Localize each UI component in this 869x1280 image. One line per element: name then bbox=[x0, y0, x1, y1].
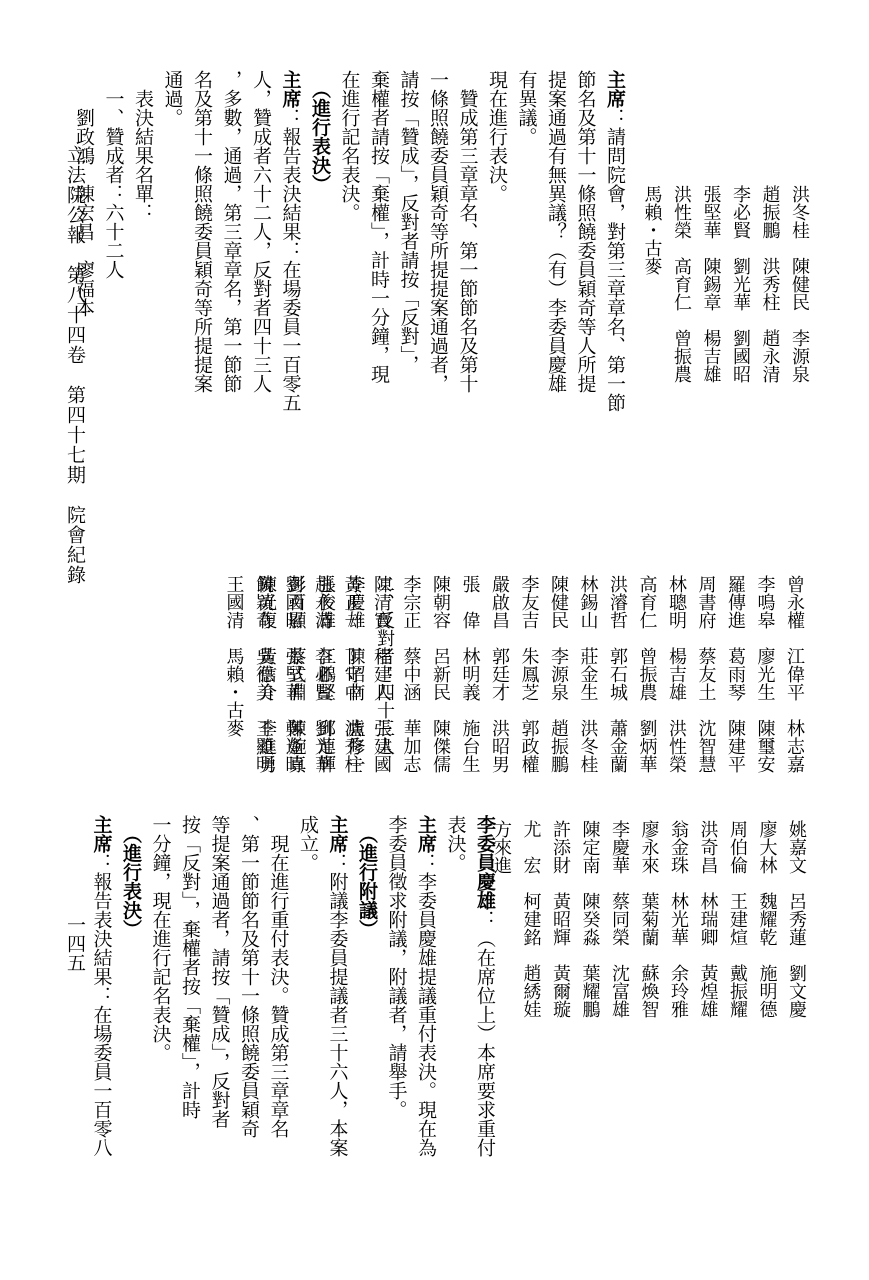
member-name: 高育仁 bbox=[667, 257, 697, 311]
name-row: 嚴啟昌郭廷才洪昭男 bbox=[485, 575, 515, 805]
name-row: 高育仁曾振農劉炳華 bbox=[632, 575, 662, 805]
line-rest: ：報告表決結果：在場委員一百零八 bbox=[91, 853, 113, 1157]
member-name: 蕭金蘭 bbox=[603, 719, 633, 773]
name-row: 李宗正蔡中涵華加志 bbox=[396, 575, 426, 805]
name-row: 李友吉朱鳳芝郭政權 bbox=[514, 575, 544, 805]
text-line: 李委員慶雄：（在席位上）本席要求重付 bbox=[470, 815, 500, 1195]
member-name: 林光華 bbox=[664, 892, 694, 946]
name-row: 陳健民李源泉趙振鵬 bbox=[544, 575, 574, 805]
member-name: 黃煌雄 bbox=[693, 964, 723, 1018]
name-row: 林聰明楊吉雄洪性榮 bbox=[662, 575, 692, 805]
member-name: 余玲雅 bbox=[664, 964, 694, 1018]
member-name: 蔡式淵 bbox=[281, 647, 311, 701]
name-row: 周書府蔡友土沈智慧 bbox=[691, 575, 721, 805]
name-row: 李慶雄陳昭南盧修一 bbox=[340, 575, 370, 805]
member-name: 林聰明 bbox=[662, 575, 692, 629]
member-name: 李宗正 bbox=[396, 575, 426, 629]
text-line: 現在進行重付表決。贊成第三章章名 bbox=[263, 815, 293, 1195]
member-name: 彭百顯 bbox=[281, 575, 311, 629]
member-name: 江鵬堅 bbox=[311, 647, 341, 701]
member-name: 楊吉雄 bbox=[662, 647, 692, 701]
text-line: 贊成第三章章名、第一節節名及第十 bbox=[452, 70, 482, 590]
member-name: 劉光華 bbox=[726, 257, 756, 311]
member-name: 洪昭男 bbox=[485, 719, 515, 773]
against-heading: 二、反對者：四十三人 bbox=[370, 575, 400, 805]
member-name: 王國清 bbox=[219, 575, 249, 629]
name-row: 翁金珠林光華余玲雅 bbox=[664, 820, 694, 1040]
member-name: 蔡中涵 bbox=[396, 647, 426, 701]
text-line: 在進行記名表決。 bbox=[334, 70, 364, 590]
member-name: 李鳴皋 bbox=[750, 575, 780, 629]
member-name: 郭廷才 bbox=[485, 647, 515, 701]
name-row: 李必賢劉光華劉國昭 bbox=[726, 185, 756, 385]
member-name: 陳昭南 bbox=[340, 647, 370, 701]
member-name: 周伯倫 bbox=[723, 820, 753, 874]
member-name: 趙振鵬 bbox=[544, 719, 574, 773]
member-name: 廖大林 bbox=[752, 820, 782, 874]
issue: 第四十七期 bbox=[64, 385, 86, 485]
publication-name: 立法院公報 bbox=[64, 145, 86, 245]
text-line: 主席：李委員慶雄提議重付表決。現在為 bbox=[411, 815, 441, 1195]
member-name: 蔡同榮 bbox=[605, 892, 635, 946]
member-name: 廖光生 bbox=[750, 647, 780, 701]
member-name: 黃昭輝 bbox=[546, 892, 576, 946]
line-rest: ：（在席位上）本席要求重付 bbox=[474, 910, 496, 1157]
member-name: 劉文慶 bbox=[782, 964, 812, 1018]
text-line: 成立。 bbox=[293, 815, 323, 1195]
member-name: 林明義 bbox=[455, 647, 485, 701]
text-line: （進行表決） bbox=[116, 815, 146, 1195]
name-row: 張俊雄江鵬堅邱連輝 bbox=[311, 575, 341, 805]
member-name: 葉耀鵬 bbox=[575, 964, 605, 1018]
text-line: 一、贊成者：六十二人 bbox=[98, 70, 128, 590]
name-row: 尤 宏柯建銘趙綉娃 bbox=[516, 820, 546, 1040]
line-rest: ：報告表決結果：在場委員一百零五 bbox=[280, 108, 302, 412]
member-name: 朱鳳芝 bbox=[514, 647, 544, 701]
name-row: 廖永來葉菊蘭蘇煥智 bbox=[634, 820, 664, 1040]
name-row: 王國清馬賴・古麥 bbox=[219, 575, 249, 805]
name-row: 張堅華陳錫章楊吉雄 bbox=[696, 185, 726, 385]
member-name: 翁金珠 bbox=[664, 820, 694, 874]
running-footer: 立法院公報 第八十四卷 第四十七期 院會紀錄 bbox=[62, 145, 89, 585]
text-line: 主席：報告表決結果：在場委員一百零五 bbox=[275, 70, 305, 590]
speaker-label: 主席 bbox=[604, 70, 626, 108]
member-name: 洪奇昌 bbox=[693, 820, 723, 874]
member-name: 王建煊 bbox=[723, 892, 753, 946]
speaker-label: 李委員慶雄 bbox=[474, 815, 496, 910]
member-name: 洪性榮 bbox=[662, 719, 692, 773]
line-rest: ：請問院會，對第三章章名、第一節 bbox=[604, 108, 626, 412]
text-line: 請按「贊成」，反對者請按「反對」， bbox=[393, 70, 423, 590]
member-name: 劉國昭 bbox=[726, 329, 756, 383]
member-name: 戴振耀 bbox=[723, 964, 753, 1018]
name-row: 李慶華蔡同榮沈富雄 bbox=[605, 820, 635, 1040]
member-name: 李友吉 bbox=[514, 575, 544, 629]
member-name: 陳婉真 bbox=[281, 719, 311, 773]
member-name: 曾振農 bbox=[667, 329, 697, 383]
member-name: 尤 宏 bbox=[516, 820, 546, 874]
against-block: 二、反對者：四十三人李慶雄陳昭南盧修一張俊雄江鵬堅邱連輝彭百顯蔡式淵陳婉真陳光復… bbox=[252, 575, 400, 805]
member-name: 郭石城 bbox=[603, 647, 633, 701]
text-line: 按「反對」，棄權者按「棄權」，計時 bbox=[175, 815, 205, 1195]
name-row: 陳光復黃信介李進勇 bbox=[252, 575, 282, 805]
text-line: 等提案通過者，請按「贊成」，反對者 bbox=[204, 815, 234, 1195]
member-name: 黃爾璇 bbox=[546, 964, 576, 1018]
line-rest: ：附議李委員提議者三十六人，本案 bbox=[327, 853, 349, 1157]
name-row: 洪性榮高育仁曾振農 bbox=[667, 185, 697, 385]
page-number: 一四五 bbox=[62, 915, 89, 972]
name-row: 洪濬哲郭石城蕭金蘭 bbox=[603, 575, 633, 805]
favor-names-top-block: 洪冬桂陳健民李源泉趙振鵬洪秀柱趙永清李必賢劉光華劉國昭張堅華陳錫章楊吉雄洪性榮高… bbox=[637, 185, 814, 385]
member-name: 盧修一 bbox=[340, 719, 370, 773]
name-row: 姚嘉文呂秀蓮劉文慶 bbox=[782, 820, 812, 1040]
member-name: 曾振農 bbox=[632, 647, 662, 701]
member-name: 葉菊蘭 bbox=[634, 892, 664, 946]
member-name: 洪秀柱 bbox=[755, 257, 785, 311]
member-name: 張堅華 bbox=[696, 185, 726, 239]
name-row: 洪奇昌林瑞卿黃煌雄 bbox=[693, 820, 723, 1040]
text-line: （進行附議） bbox=[352, 815, 382, 1195]
member-name: 陳健民 bbox=[785, 257, 815, 311]
name-row: 趙振鵬洪秀柱趙永清 bbox=[755, 185, 785, 385]
text-line: ，多數，通過，第三章章名，第一節節 bbox=[216, 70, 246, 590]
text-line: 主席：請問院會，對第三章章名、第一節 bbox=[600, 70, 630, 590]
member-name: 華加志 bbox=[396, 719, 426, 773]
member-name: 李進勇 bbox=[252, 719, 282, 773]
member-name: 沈智慧 bbox=[691, 719, 721, 773]
name-row: 陳朝容呂新民陳傑儒 bbox=[426, 575, 456, 805]
text-line: 主席：附議李委員提議者三十六人，本案 bbox=[322, 815, 352, 1195]
member-name: 陳朝容 bbox=[426, 575, 456, 629]
text-line: 表決結果名單： bbox=[128, 70, 158, 590]
member-name: 陳癸淼 bbox=[575, 892, 605, 946]
member-name: 洪性榮 bbox=[667, 185, 697, 239]
line-rest: ：李委員慶雄提議重付表決。現在為 bbox=[415, 853, 437, 1157]
name-row: 洪冬桂陳健民李源泉 bbox=[785, 185, 815, 385]
speaker-label: 主席 bbox=[91, 815, 113, 853]
name-row: 許添財黃昭輝黃爾璇 bbox=[546, 820, 576, 1040]
member-name: 施台生 bbox=[455, 719, 485, 773]
member-name: 李慶雄 bbox=[340, 575, 370, 629]
member-name: 羅傳進 bbox=[721, 575, 751, 629]
text-line: 通過。 bbox=[157, 70, 187, 590]
name-row: 林錫山莊金生洪冬桂 bbox=[573, 575, 603, 805]
text-line: 有異議。 bbox=[511, 70, 541, 590]
text-line: 名及第十一條照饒委員穎奇等所提提案 bbox=[187, 70, 217, 590]
text-line: 主席：報告表決結果：在場委員一百零八 bbox=[86, 815, 116, 1195]
name-row: 馬賴・古麥 bbox=[637, 185, 667, 385]
member-name: 呂新民 bbox=[426, 647, 456, 701]
member-name: 蔡友土 bbox=[691, 647, 721, 701]
member-name: 馬賴・古麥 bbox=[637, 185, 667, 275]
speaker-label: 主席 bbox=[280, 70, 302, 108]
member-name: 廖永來 bbox=[634, 820, 664, 874]
member-name: 魏耀乾 bbox=[752, 892, 782, 946]
member-name: 周書府 bbox=[691, 575, 721, 629]
volume: 第八十四卷 bbox=[64, 265, 86, 365]
member-name: 陳傑儒 bbox=[426, 719, 456, 773]
member-name: 黃信介 bbox=[252, 647, 282, 701]
member-name: 呂秀蓮 bbox=[782, 892, 812, 946]
name-row: 陳定南陳癸淼葉耀鵬 bbox=[575, 820, 605, 1040]
member-name: 李必賢 bbox=[726, 185, 756, 239]
name-row: 曾永權江偉平林志嘉 bbox=[780, 575, 810, 805]
text-line: 人，贊成者六十二人，反對者四十三人 bbox=[246, 70, 276, 590]
member-name: 馬賴・古麥 bbox=[219, 647, 249, 737]
member-name: 莊金生 bbox=[573, 647, 603, 701]
member-name: 蘇煥智 bbox=[634, 964, 664, 1018]
text-line: 李委員徵求附議，附議者，請舉手。 bbox=[381, 815, 411, 1195]
text-line: 節名及第十一條照饒委員穎奇等人所提 bbox=[570, 70, 600, 590]
name-row: 張 偉林明義施台生 bbox=[455, 575, 485, 805]
member-name: 林錫山 bbox=[573, 575, 603, 629]
text-line: 一分鐘，現在進行記名表決。 bbox=[145, 815, 175, 1195]
member-name: 高育仁 bbox=[632, 575, 662, 629]
member-name: 趙永清 bbox=[755, 329, 785, 383]
name-row: 廖大林魏耀乾施明德 bbox=[752, 820, 782, 1040]
member-name: 陳健民 bbox=[544, 575, 574, 629]
member-name: 陳錫章 bbox=[696, 257, 726, 311]
member-name: 洪冬桂 bbox=[573, 719, 603, 773]
text-line: 、第一節節名及第十一條照饒委員穎奇 bbox=[234, 815, 264, 1195]
member-name: 陳建平 bbox=[721, 719, 751, 773]
member-name: 洪冬桂 bbox=[785, 185, 815, 239]
member-name: 趙振鵬 bbox=[755, 185, 785, 239]
member-name: 趙綉娃 bbox=[516, 964, 546, 1018]
text-line: 提案通過有無異議？（有）李委員慶雄 bbox=[541, 70, 571, 590]
member-name: 洪濬哲 bbox=[603, 575, 633, 629]
name-row: 周伯倫王建煊戴振耀 bbox=[723, 820, 753, 1040]
member-name: 李慶華 bbox=[605, 820, 635, 874]
member-name: 施明德 bbox=[752, 964, 782, 1018]
member-name: 沈富雄 bbox=[605, 964, 635, 1018]
member-name: 楊吉雄 bbox=[696, 329, 726, 383]
member-name: 郭政權 bbox=[514, 719, 544, 773]
member-name: 嚴啟昌 bbox=[485, 575, 515, 629]
text-line: 棄權者請按「棄權」，計時一分鐘，現 bbox=[364, 70, 394, 590]
against-names-continued-block: 姚嘉文呂秀蓮劉文慶廖大林魏耀乾施明德周伯倫王建煊戴振耀洪奇昌林瑞卿黃煌雄翁金珠林… bbox=[487, 820, 812, 1040]
member-name: 李源泉 bbox=[785, 329, 815, 383]
member-name: 許添財 bbox=[546, 820, 576, 874]
top-text-block: 主席：請問院會，對第三章章名、第一節節名及第十一條照饒委員穎奇等人所提提案通過有… bbox=[69, 70, 630, 590]
bottom-text-block: 李委員慶雄：（在席位上）本席要求重付表決。主席：李委員慶雄提議重付表決。現在為李… bbox=[86, 815, 499, 1195]
member-name: 柯建銘 bbox=[516, 892, 546, 946]
text-line: 現在進行表決。 bbox=[482, 70, 512, 590]
member-name: 林志嘉 bbox=[780, 719, 810, 773]
text-line: （進行表決） bbox=[305, 70, 335, 590]
name-row: 李鳴皋廖光生陳璽安 bbox=[750, 575, 780, 805]
member-name: 張 偉 bbox=[455, 575, 485, 629]
member-name: 曾永權 bbox=[780, 575, 810, 629]
name-row: 羅傳進葛雨琴陳建平 bbox=[721, 575, 751, 805]
member-name: 葛雨琴 bbox=[721, 647, 751, 701]
section: 院會紀錄 bbox=[64, 505, 86, 585]
speaker-label: 主席 bbox=[415, 815, 437, 853]
member-name: 陳光復 bbox=[252, 575, 282, 629]
text-line: 表決。 bbox=[440, 815, 470, 1195]
member-name: 陳璽安 bbox=[750, 719, 780, 773]
text-line: 一條照饒委員穎奇等所提提案通過者， bbox=[423, 70, 453, 590]
member-name: 劉炳華 bbox=[632, 719, 662, 773]
member-name: 江偉平 bbox=[780, 647, 810, 701]
name-row: 彭百顯蔡式淵陳婉真 bbox=[281, 575, 311, 805]
member-name: 李源泉 bbox=[544, 647, 574, 701]
speaker-label: 主席 bbox=[327, 815, 349, 853]
member-name: 姚嘉文 bbox=[782, 820, 812, 874]
member-name: 林瑞卿 bbox=[693, 892, 723, 946]
member-name: 張俊雄 bbox=[311, 575, 341, 629]
member-name: 陳定南 bbox=[575, 820, 605, 874]
member-name: 邱連輝 bbox=[311, 719, 341, 773]
